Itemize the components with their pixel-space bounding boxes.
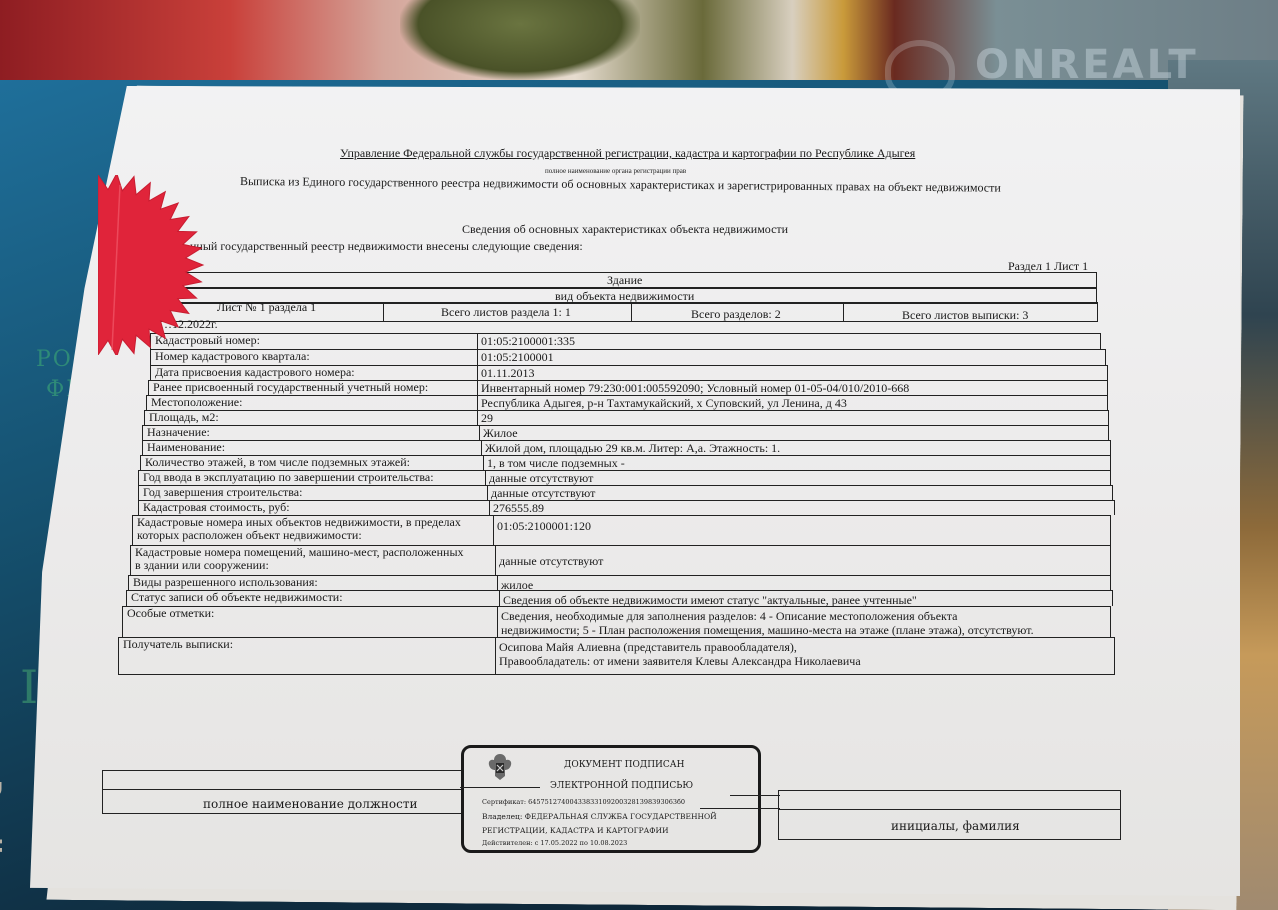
field-value: Инвентарный номер 79:230:001:005592090; … <box>481 381 909 395</box>
table-row: Количество этажей, в том числе подземных… <box>140 455 1111 470</box>
organization-caption: полное наименование органа регистрации п… <box>545 167 686 175</box>
field-value: 276555.89 <box>493 501 544 515</box>
divider <box>700 808 780 809</box>
column-divider <box>477 366 478 380</box>
stamp-line2: ЭЛЕКТРОННОЙ ПОДПИСЬЮ <box>550 781 693 791</box>
field-value: данные отсутствуют <box>489 471 593 485</box>
divider <box>779 809 1120 810</box>
table-row: Кадастровый номер:01:05:2100001:335 <box>150 333 1101 349</box>
table-row: Год ввода в эксплуатацию по завершении с… <box>138 470 1111 485</box>
field-label: Виды разрешенного использования: <box>133 576 318 589</box>
section-sheets-total: Всего листов раздела 1: 1 <box>441 305 571 320</box>
column-divider <box>481 441 482 455</box>
field-label: Получатель выписки: <box>123 638 233 651</box>
column-divider <box>495 638 496 674</box>
extract-sheets-total: Всего листов выписки: 3 <box>902 308 1028 323</box>
field-label: Год завершения строительства: <box>143 486 302 499</box>
column-divider <box>495 546 496 575</box>
field-value: Жилой дом, площадью 29 кв.м. Литер: А,а.… <box>485 441 780 455</box>
document-content: Управление Федеральной службы государств… <box>0 0 1278 910</box>
table-row: Получатель выписки:Осипова Майя Алиевна … <box>118 637 1115 675</box>
divider <box>460 787 540 788</box>
table-row: Ранее присвоенный государственный учетны… <box>148 380 1108 395</box>
field-value: Сведения, необходимые для заполнения раз… <box>501 609 957 623</box>
table-row: Дата присвоения кадастрового номера:01.1… <box>150 365 1108 380</box>
column-divider <box>483 456 484 470</box>
field-value: 01:05:2100001:335 <box>481 334 575 348</box>
field-label: Назначение: <box>147 426 210 439</box>
object-type-row: Здание <box>150 272 1097 288</box>
stamp-certificate: Сертификат: 6457512740043383310920032813… <box>482 798 685 806</box>
object-type: Здание <box>607 273 642 288</box>
field-value: 1, в том числе подземных - <box>487 456 625 470</box>
field-value: данные отсутствуют <box>491 486 595 500</box>
characteristics-table: Кадастровый номер:01:05:2100001:335Номер… <box>118 333 1113 715</box>
field-label: Площадь, м2: <box>149 411 219 424</box>
stamp-owner-line2: РЕГИСТРАЦИИ, КАДАСТРА И КАРТОГРАФИИ <box>482 826 669 835</box>
field-value: 01:05:2100001 <box>481 350 554 364</box>
column-divider <box>477 381 478 395</box>
stamp-line1: ДОКУМЕНТ ПОДПИСАН <box>564 760 684 770</box>
field-value-cont: Правообладатель: от имени заявителя Клев… <box>499 654 861 668</box>
divider <box>383 303 384 321</box>
table-row: Местоположение:Республика Адыгея, р-н Та… <box>146 395 1108 410</box>
position-caption: полное наименование должности <box>203 797 417 811</box>
column-divider <box>479 426 480 440</box>
table-row: Год завершения строительства:данные отсу… <box>138 485 1113 500</box>
field-label: Количество этажей, в том числе подземных… <box>145 456 410 469</box>
red-seal-sticker <box>98 175 208 355</box>
field-value: Сведения об объекте недвижимости имеют с… <box>503 593 917 607</box>
field-label-cont: которых расположен объект недвижимости: <box>137 529 362 542</box>
column-divider <box>489 501 490 515</box>
divider <box>843 303 844 321</box>
column-divider <box>477 396 478 410</box>
position-signature-box: полное наименование должности <box>102 770 464 814</box>
organization-name: Управление Федеральной службы государств… <box>340 146 915 161</box>
column-divider <box>499 591 500 606</box>
divider <box>103 789 463 790</box>
table-row: Номер кадастрового квартала:01:05:210000… <box>150 349 1106 365</box>
column-divider <box>493 516 494 545</box>
coat-of-arms-icon <box>486 752 514 782</box>
intro-text: …иный государственный реестр недвижимост… <box>178 239 583 254</box>
field-label: Наименование: <box>147 441 225 454</box>
field-value: 01:05:2100001:120 <box>497 519 591 533</box>
field-label: Ранее присвоенный государственный учетны… <box>153 381 428 394</box>
table-row: Кадастровая стоимость, руб:276555.89 <box>138 500 1115 515</box>
field-value: Республика Адыгея, р-н Тахтамукайский, х… <box>481 396 847 410</box>
column-divider <box>477 350 478 365</box>
field-label: Особые отметки: <box>127 607 214 620</box>
field-label-cont: в здании или сооружении: <box>135 559 269 572</box>
name-signature-box: инициалы, фамилия <box>778 790 1121 840</box>
column-divider <box>485 471 486 485</box>
document-title: Выписка из Единого государственного реес… <box>240 174 1001 196</box>
table-row: Кадастровые номера помещений, машино-мес… <box>130 545 1111 575</box>
field-value: 01.11.2013 <box>481 366 535 380</box>
field-value: данные отсутствуют <box>499 554 603 568</box>
column-divider <box>497 607 498 637</box>
field-value: 29 <box>481 411 493 425</box>
field-label: Год ввода в эксплуатацию по завершении с… <box>143 471 434 484</box>
sheet-number: Лист № 1 раздела 1 <box>217 300 316 315</box>
sections-total: Всего разделов: 2 <box>691 307 781 322</box>
table-row: Площадь, м2:29 <box>144 410 1109 425</box>
table-row: Назначение:Жилое <box>142 425 1109 440</box>
name-caption: инициалы, фамилия <box>891 819 1020 833</box>
field-label: Местоположение: <box>151 396 242 409</box>
divider <box>730 795 780 796</box>
column-divider <box>497 576 498 590</box>
field-value: Жилое <box>483 426 518 440</box>
table-row: Виды разрешенного использования:жилое <box>128 575 1111 590</box>
stamp-owner-line1: Владелец: ФЕДЕРАЛЬНАЯ СЛУЖБА ГОСУДАРСТВЕ… <box>482 812 717 821</box>
table-row: Наименование:Жилой дом, площадью 29 кв.м… <box>142 440 1111 455</box>
column-divider <box>477 334 478 349</box>
field-value-cont: недвижимости; 5 - План расположения поме… <box>501 623 1034 637</box>
column-divider <box>477 411 478 425</box>
electronic-signature-stamp: ДОКУМЕНТ ПОДПИСАН ЭЛЕКТРОННОЙ ПОДПИСЬЮ С… <box>461 745 761 853</box>
sheet-info-row: Лист № 1 раздела 1 Всего листов раздела … <box>150 302 1098 322</box>
stamp-validity: Действителен: с 17.05.2022 по 10.08.2023 <box>482 839 627 847</box>
field-label: Кадастровая стоимость, руб: <box>143 501 290 514</box>
table-row: Статус записи об объекте недвижимости:Св… <box>126 590 1113 606</box>
table-row: Кадастровые номера иных объектов недвижи… <box>132 515 1111 545</box>
field-label: Дата присвоения кадастрового номера: <box>155 366 355 379</box>
table-row: Особые отметки:Сведения, необходимые для… <box>122 606 1111 637</box>
field-value: Осипова Майя Алиевна (представитель прав… <box>499 640 797 654</box>
column-divider <box>487 486 488 500</box>
field-label: Статус записи об объекте недвижимости: <box>131 591 343 604</box>
divider <box>631 303 632 321</box>
section-title: Сведения об основных характеристиках объ… <box>462 222 788 237</box>
